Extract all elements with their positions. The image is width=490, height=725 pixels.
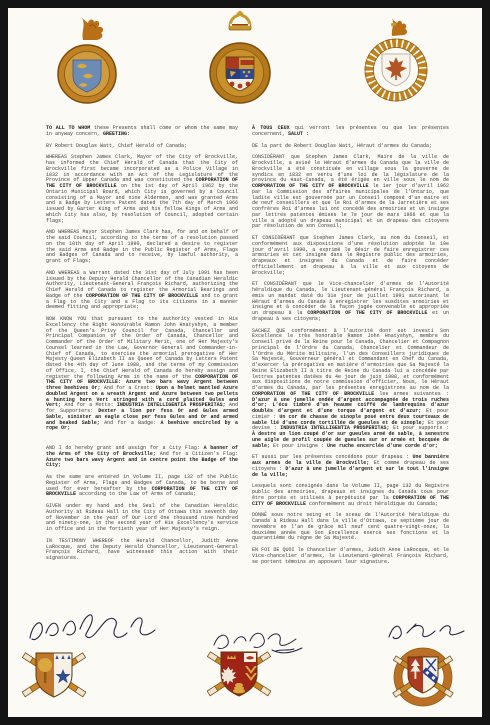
maple-leaf-wreath-badge	[364, 18, 428, 108]
paragraph: Lesquels sont consignés dans le Volume I…	[252, 484, 449, 507]
text-run: conformément au droit héraldique du Cana…	[306, 501, 438, 507]
paragraph: EN FOI DE QUOI le Chancelier d'armes, Ju…	[252, 548, 449, 565]
text-run: SALUT :	[288, 131, 309, 137]
text-run: DONNÉ sous notre seing et le sceau de l'…	[252, 512, 449, 541]
text-run: D'azur à une jumelle ondée d'argent acco…	[252, 397, 449, 415]
crossed-batons-red-beehive-arms	[207, 644, 271, 708]
paragraph: ET aussi par les présentes concédons pou…	[252, 455, 449, 478]
paragraph: AND I do hereby grant and assign for a C…	[46, 446, 238, 469]
paragraph: SACHEZ QUE conformément à l'autorité don…	[252, 329, 449, 450]
french-text-column: À TOUS CEUX qui verront les présentes ou…	[252, 126, 449, 571]
paragraph: ET CONSIDÉRANT que le Vice-chancelier d'…	[252, 282, 449, 322]
text-run: NOW KNOW YOU that pursuant to the author…	[46, 316, 238, 380]
document-page: TO ALL TO WHOM these Presents shall come…	[8, 8, 482, 717]
paragraph: NOW KNOW YOU that pursuant to the author…	[46, 317, 238, 432]
paragraph: IN TESTIMONY WHEREOF the Herald Chancell…	[46, 539, 238, 562]
letters-patent-scan: { "document": { "language_columns": ["En…	[0, 0, 490, 725]
text-run: GREETING:	[103, 131, 130, 137]
annulet-tree-bend-arms	[392, 645, 456, 709]
english-text-column: TO ALL TO WHOM these Presents shall come…	[46, 126, 238, 568]
text-run: ET CONSIDÉRANT que Stephen James Clark, …	[252, 235, 449, 276]
crowned-royal-arms-badge	[207, 11, 273, 110]
text-run: Une ruche encerclée d'une corde d'or;	[327, 443, 438, 449]
paragraph: AND WHEREAS Mayor Stephen James Clark ha…	[46, 230, 238, 265]
paragraph: AND WHEREAS a Warrant dated the 31st day…	[46, 271, 238, 311]
paragraph: BY Robert Douglas Watt, Chief Herald of …	[46, 144, 238, 150]
lion-crest-blue-shield-badge	[56, 16, 118, 110]
text-run: CORPORATION OF THE CITY OF BROCKVILLE	[307, 310, 427, 316]
signature-deputy-herald-chancellor	[385, 618, 469, 646]
paragraph: CONSIDÉRANT que Stephen James Clark, Mai…	[252, 155, 449, 230]
text-run: le 1er jour d'avril 1962 par la Commissi…	[252, 183, 449, 229]
paragraph: WHEREAS Stephen James Clark, Mayor of th…	[46, 155, 238, 224]
text-run: IN TESTIMONY WHEREOF the Herald Chancell…	[46, 538, 238, 561]
text-run: And for a Badge:	[100, 420, 161, 426]
text-run: EN FOI DE QUOI le Chancelier d'armes, Ju…	[252, 547, 449, 565]
crossed-batons-tree-star-arms	[22, 645, 86, 709]
paragraph: À TOUS CEUX qui verront les présentes ou…	[252, 126, 449, 138]
text-run: according to the Law of Arms of Canada;	[76, 491, 196, 497]
text-run: SACHEZ QUE conformément à l'autorité don…	[252, 328, 449, 392]
text-run: on the 1st day of April 1962 by the Onta…	[46, 183, 238, 224]
paragraph: As the same are entered in Volume II, pa…	[46, 475, 238, 498]
text-run: Et pour insigne :	[270, 443, 327, 449]
paragraph: GIVEN under my hand and the Seal of the …	[46, 504, 238, 533]
paragraph: TO ALL TO WHOM these Presents shall come…	[46, 126, 238, 138]
text-run: CONSIDÉRANT que Stephen James Clark, Mai…	[252, 154, 449, 183]
text-run: Azure two bars wavy Argent and in centre…	[46, 457, 238, 469]
text-run: GIVEN under my hand and the Seal of the …	[46, 503, 238, 532]
signature-herald-chancellor	[26, 606, 160, 648]
text-run: DE la part de Robert Douglas Watt, Hérau…	[252, 143, 432, 149]
paragraph: DONNÉ sous notre seing et le sceau de l'…	[252, 513, 449, 542]
paragraph: DE la part de Robert Douglas Watt, Hérau…	[252, 144, 449, 150]
text-run: BY Robert Douglas Watt, Chief Herald of …	[46, 143, 187, 149]
text-run: AND WHEREAS Mayor Stephen James Clark ha…	[46, 229, 238, 264]
text-run: Un cor de chasse de sinople posé entre d…	[252, 414, 449, 426]
paragraph: ET CONSIDÉRANT que Stephen James Clark, …	[252, 236, 449, 276]
